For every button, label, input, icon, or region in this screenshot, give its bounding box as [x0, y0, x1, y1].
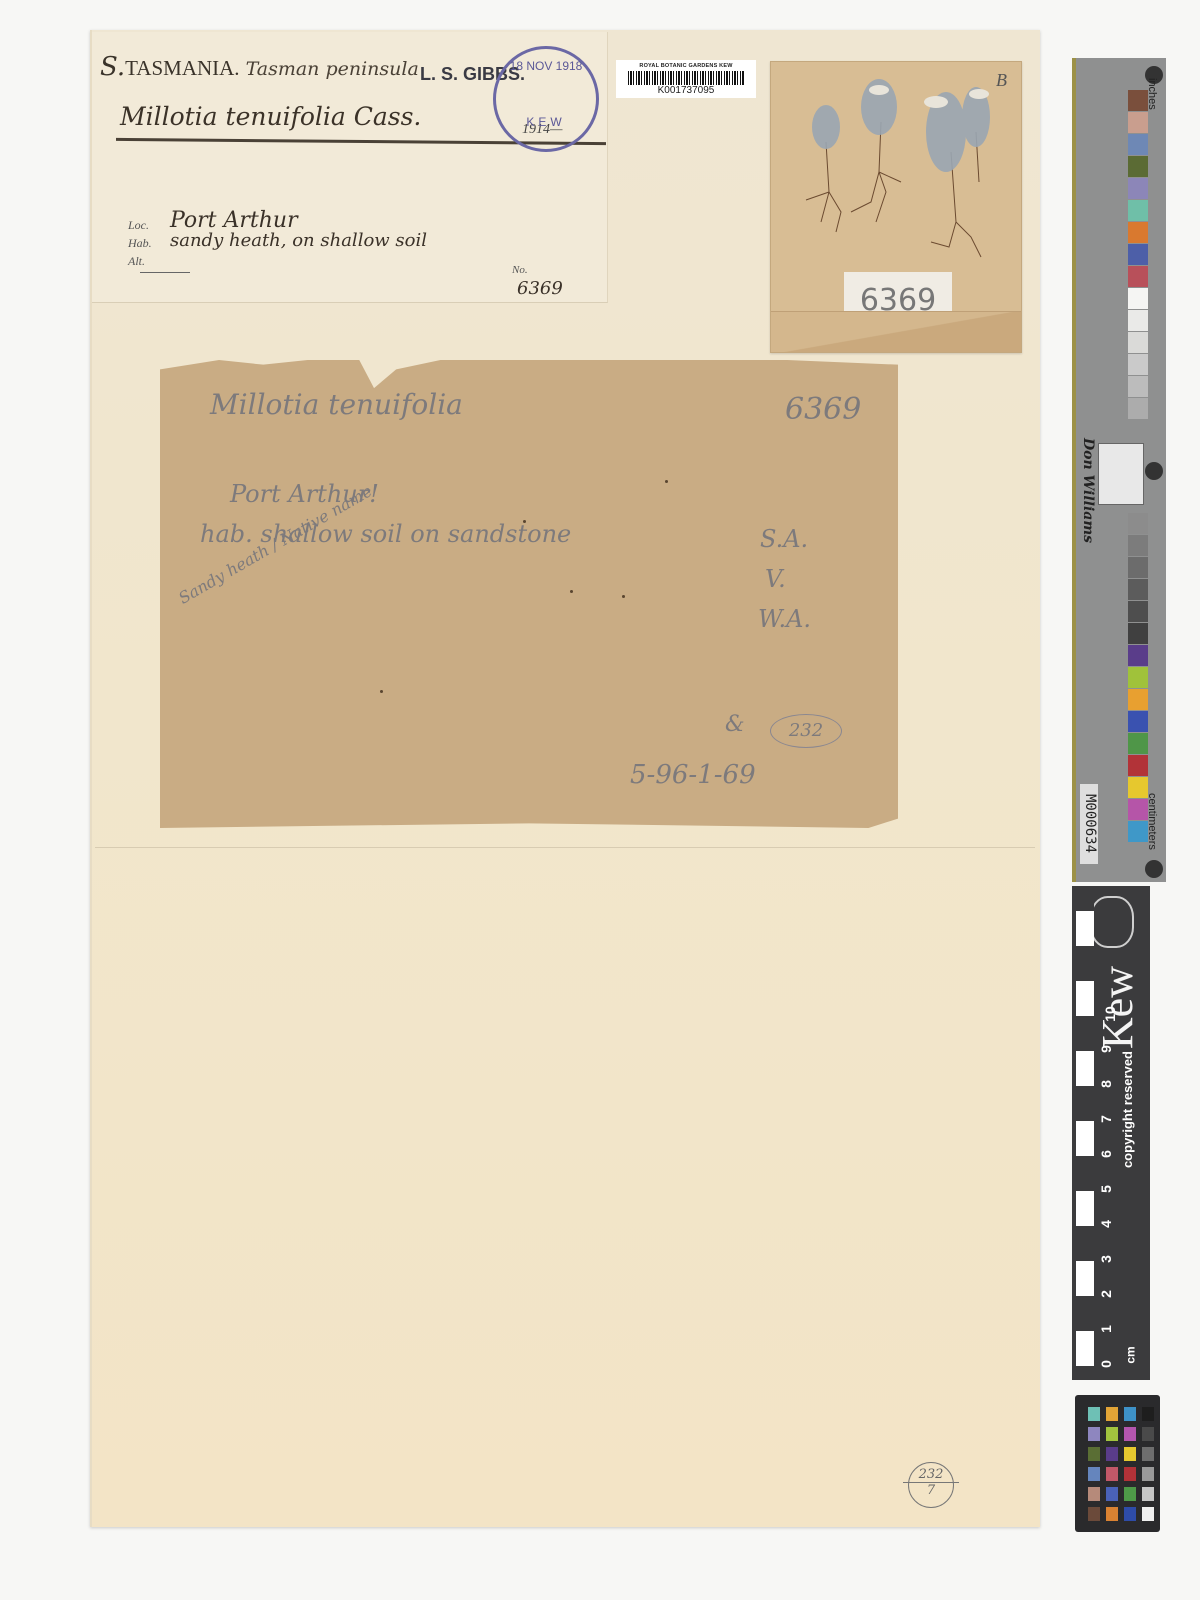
color-swatch [1128, 601, 1148, 622]
color-chip [1106, 1427, 1118, 1441]
region-prefix: S. [100, 52, 125, 82]
color-chip [1088, 1487, 1100, 1501]
color-swatch [1128, 645, 1148, 666]
ruler-number: 3 [1098, 1255, 1114, 1263]
color-chip [1106, 1467, 1118, 1481]
barcode-bars [628, 71, 744, 85]
barcode-institution: ROYAL BOTANIC GARDENS KEW [616, 63, 756, 69]
color-swatch [1128, 711, 1148, 732]
gray-chip [1142, 1507, 1154, 1521]
color-chip [1124, 1487, 1136, 1501]
color-swatch [1128, 777, 1148, 798]
color-chip [1106, 1447, 1118, 1461]
note-initial: & [725, 712, 745, 737]
color-swatch [1128, 667, 1148, 688]
ruler-number: 1 [1098, 1325, 1114, 1333]
color-chip [1088, 1427, 1100, 1441]
copyright-text: copyright reserved [1120, 1051, 1135, 1168]
stamp-date: 18 NOV 1918 [496, 59, 596, 73]
color-swatch [1128, 623, 1148, 644]
species-name: Millotia tenuifolia Cass. [120, 102, 421, 131]
color-swatch [1128, 288, 1148, 309]
no-label: No. [512, 264, 528, 276]
note-species: Millotia tenuifolia [210, 388, 463, 421]
kew-ruler: Kew copyright reserved 012345678910 cm [1072, 886, 1150, 1380]
color-chip-card [1075, 1395, 1160, 1532]
color-swatch [1128, 156, 1148, 177]
hab-label: Hab. [128, 236, 152, 251]
color-chip [1106, 1487, 1118, 1501]
scale-code: M000634 [1080, 784, 1098, 864]
alt-rule [140, 272, 190, 273]
color-chip [1124, 1407, 1136, 1421]
color-swatch [1128, 821, 1148, 842]
color-chip [1124, 1507, 1136, 1521]
ruler-ticks [1076, 896, 1094, 1366]
ruler-unit: cm [1124, 1346, 1138, 1363]
alt-label: Alt. [128, 254, 145, 269]
gray-chip [1142, 1427, 1154, 1441]
scale-maker: Don Williams [1080, 438, 1096, 543]
color-chip [1124, 1467, 1136, 1481]
color-chip [1106, 1507, 1118, 1521]
loc-label: Loc. [128, 218, 149, 233]
gray-chip [1142, 1407, 1154, 1421]
scale-resolution-target [1098, 443, 1144, 505]
ruler-number: 2 [1098, 1290, 1114, 1298]
ruler-number: 6 [1098, 1150, 1114, 1158]
color-swatch [1128, 398, 1148, 419]
color-chip [1124, 1447, 1136, 1461]
note-circled-number: 232 [770, 714, 842, 748]
region-line: S.TASMANIA.Tasman peninsula [100, 52, 419, 82]
region-name: TASMANIA. [125, 56, 239, 80]
hab-value: sandy heath, on shallow soil [170, 230, 427, 251]
color-swatch [1128, 579, 1148, 600]
ruler-number: 10 [1102, 1006, 1118, 1022]
color-chip [1124, 1427, 1136, 1441]
color-swatch [1128, 557, 1148, 578]
color-swatch [1128, 310, 1148, 331]
color-chip [1106, 1407, 1118, 1421]
scale-hole-bottom [1145, 860, 1163, 878]
ruler-number: 4 [1098, 1220, 1114, 1228]
color-swatch [1128, 354, 1148, 375]
gray-chip [1142, 1487, 1154, 1501]
note-accession: 5-96-1-69 [630, 760, 756, 790]
barcode-number: K001737095 [616, 85, 756, 96]
gray-chip [1142, 1467, 1154, 1481]
color-chip [1088, 1507, 1100, 1521]
color-swatch [1128, 90, 1148, 111]
color-chip [1088, 1447, 1100, 1461]
color-chip [1088, 1407, 1100, 1421]
pencil-note-sheet: Millotia tenuifolia 6369 Port Arthur! ha… [160, 360, 898, 828]
color-swatch [1128, 376, 1148, 397]
specimen-packet: B 6369 [770, 61, 1022, 353]
kew-received-stamp: 18 NOV 1918 KEW [493, 46, 599, 152]
scale-hole-mid [1145, 462, 1163, 480]
plant-specimens-icon [781, 72, 1011, 282]
color-swatch [1128, 689, 1148, 710]
color-swatch [1128, 200, 1148, 221]
footer-mark-bottom: 7 [903, 1482, 959, 1498]
fold-line [95, 847, 1035, 848]
color-swatch [1128, 222, 1148, 243]
ruler-number: 7 [1098, 1115, 1114, 1123]
color-swatch [1128, 244, 1148, 265]
note-region-wa: W.A. [758, 605, 811, 633]
gray-chip [1142, 1447, 1154, 1461]
color-swatch [1128, 266, 1148, 287]
color-calibration-scale: inches centimeters Don Williams M000634 [1072, 58, 1166, 882]
color-swatch [1128, 755, 1148, 776]
footer-mark-top: 232 [909, 1467, 953, 1482]
barcode-label: ROYAL BOTANIC GARDENS KEW K001737095 [616, 60, 756, 98]
ruler-number: 8 [1098, 1080, 1114, 1088]
color-chip [1088, 1467, 1100, 1481]
locality-hand: Tasman peninsula [246, 58, 419, 80]
note-region-v: V. [765, 565, 786, 593]
ruler-number: 0 [1098, 1360, 1114, 1368]
stamp-place: KEW [496, 115, 596, 129]
color-swatch [1128, 134, 1148, 155]
ruler-number: 5 [1098, 1185, 1114, 1193]
note-number: 6369 [785, 392, 861, 427]
ruler-number: 9 [1098, 1045, 1114, 1053]
no-value: 6369 [517, 278, 563, 299]
note-region-sa: S.A. [760, 525, 808, 553]
color-swatch [1128, 178, 1148, 199]
color-swatch [1128, 513, 1148, 534]
color-swatch [1128, 332, 1148, 353]
kew-crest-icon [1090, 896, 1134, 948]
packet-flap [771, 311, 1021, 352]
color-swatch [1128, 733, 1148, 754]
color-swatch [1128, 112, 1148, 133]
footer-pencil-mark: 232 7 [908, 1462, 954, 1508]
color-swatch [1128, 535, 1148, 556]
color-swatch [1128, 799, 1148, 820]
